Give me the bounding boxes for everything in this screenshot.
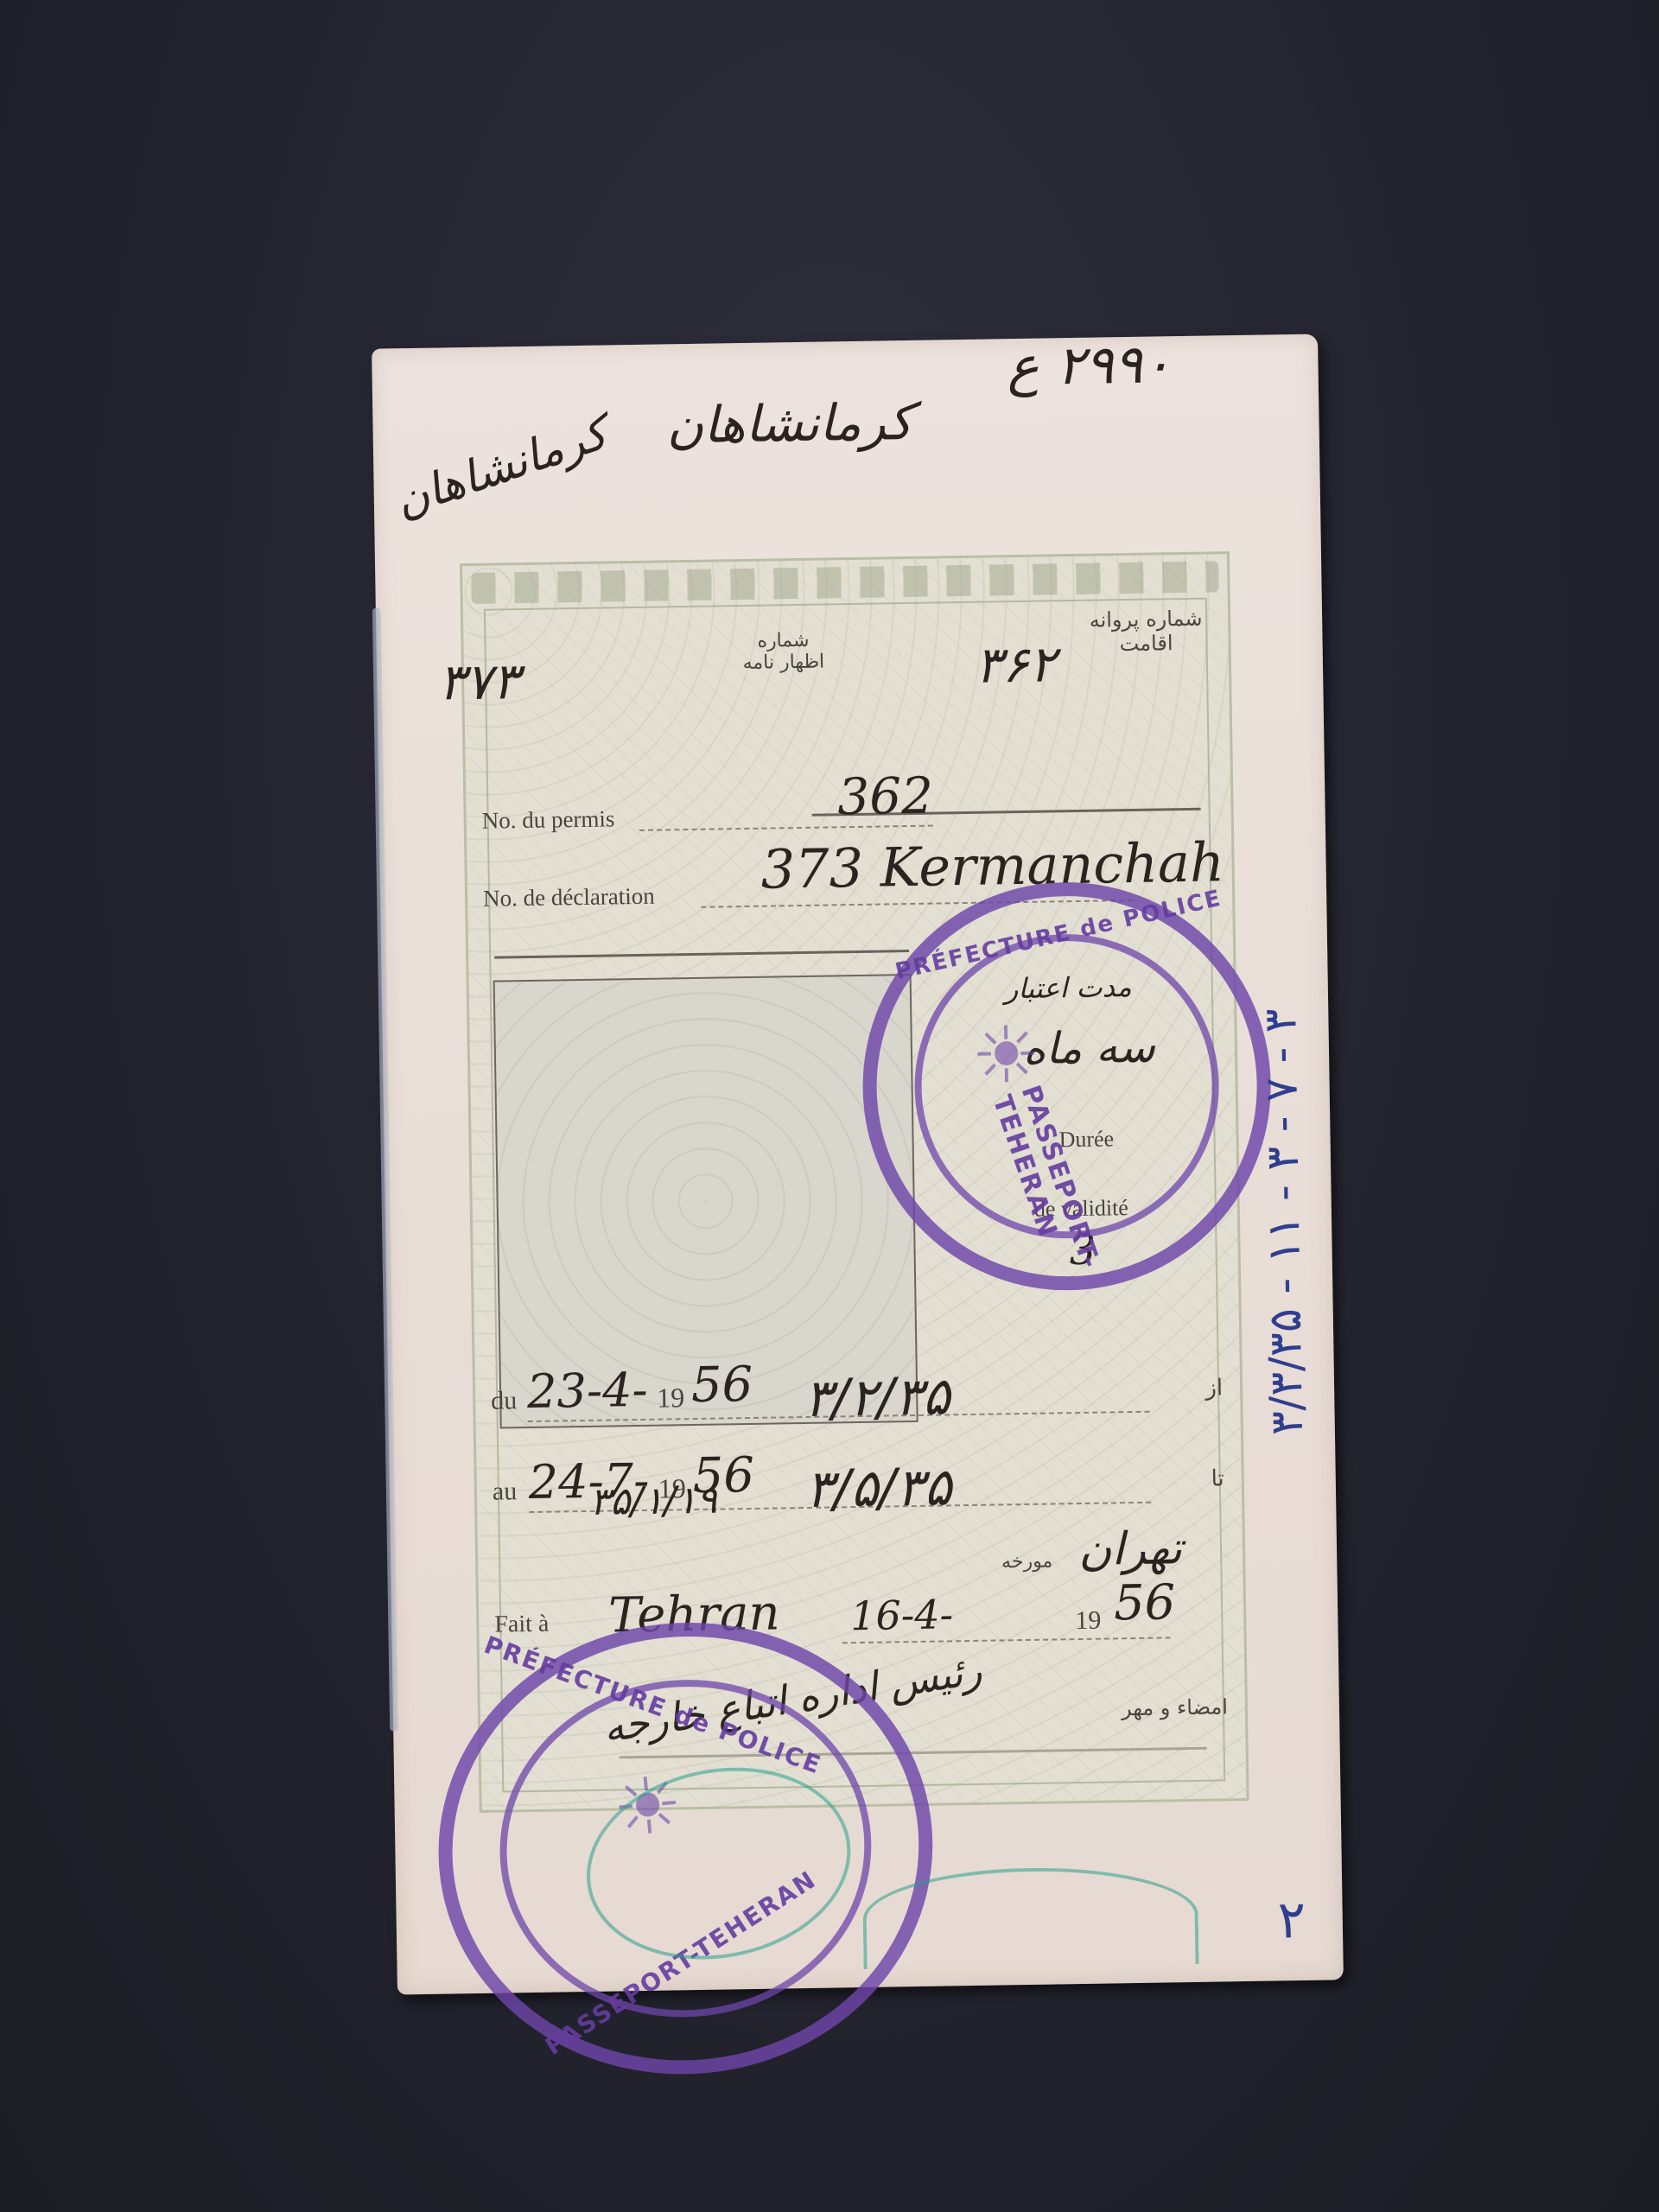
margin-signature-blue: ۲: [1277, 1890, 1306, 1950]
declaration-label: No. de déclaration: [483, 883, 655, 912]
issue-year-prefix: 19: [1075, 1606, 1102, 1636]
lion-and-sun-emblem: ☀: [970, 1018, 1041, 1096]
header-number: ۲۹۹۰ ع: [1007, 332, 1172, 397]
declaration-number-text: 373: [760, 836, 863, 901]
dated-farsi-label: مورخه: [1001, 1551, 1053, 1573]
header-number-text: ۲۹۹۰: [1056, 332, 1172, 397]
ornamental-band: [471, 561, 1218, 604]
issue-year-suffix: 56: [1114, 1574, 1176, 1631]
from-year-suffix: 56: [690, 1357, 753, 1414]
from-label: du: [491, 1386, 518, 1415]
header-name-left: کرمانشاهان: [388, 408, 613, 528]
booklet-spine: [372, 608, 398, 1732]
from-farsi-label: از: [1205, 1375, 1223, 1401]
permit-value: 362: [837, 766, 934, 827]
to-label: au: [493, 1477, 518, 1506]
from-year-prefix: 19: [657, 1382, 685, 1414]
issue-date: 16-4-: [850, 1591, 954, 1639]
header-name-center: کرمانشاهان: [666, 392, 913, 454]
from-value: 23-4-: [527, 1363, 649, 1419]
issue-farsi: ۳۵/۱/۱۹: [589, 1478, 718, 1524]
margin-note-blue: ۳/۳/۳۵ - ۱۱ - ۳ - ۷ - ۳: [1255, 1008, 1313, 1436]
signature-seal-label: امضاء و مهر: [1122, 1694, 1228, 1720]
to-farsi-label: تا: [1211, 1465, 1224, 1491]
declaration-value: 373 Kermanchah: [760, 830, 1224, 900]
header-number-prefix: ع: [1007, 334, 1039, 398]
place-farsi-value: تهران: [1078, 1522, 1183, 1576]
declaration-number-farsi-value: ۳۷۳: [438, 652, 520, 711]
permit-label: No. du permis: [481, 805, 614, 834]
permit-number-farsi-label: شماره پروانه اقامت: [1081, 607, 1211, 657]
to-farsi-value: ۳/۵/۳۵: [804, 1457, 951, 1520]
permit-booklet: ۲۹۹۰ ع کرمانشاهان کرمانشاهان شماره پروان…: [372, 334, 1344, 1995]
from-farsi-value: ۳/۲/۳۵: [804, 1366, 950, 1429]
declaration-number-farsi-label: شماره اظهار نامه: [735, 629, 831, 674]
permit-number-farsi-value: ۳۶۲: [975, 634, 1057, 694]
